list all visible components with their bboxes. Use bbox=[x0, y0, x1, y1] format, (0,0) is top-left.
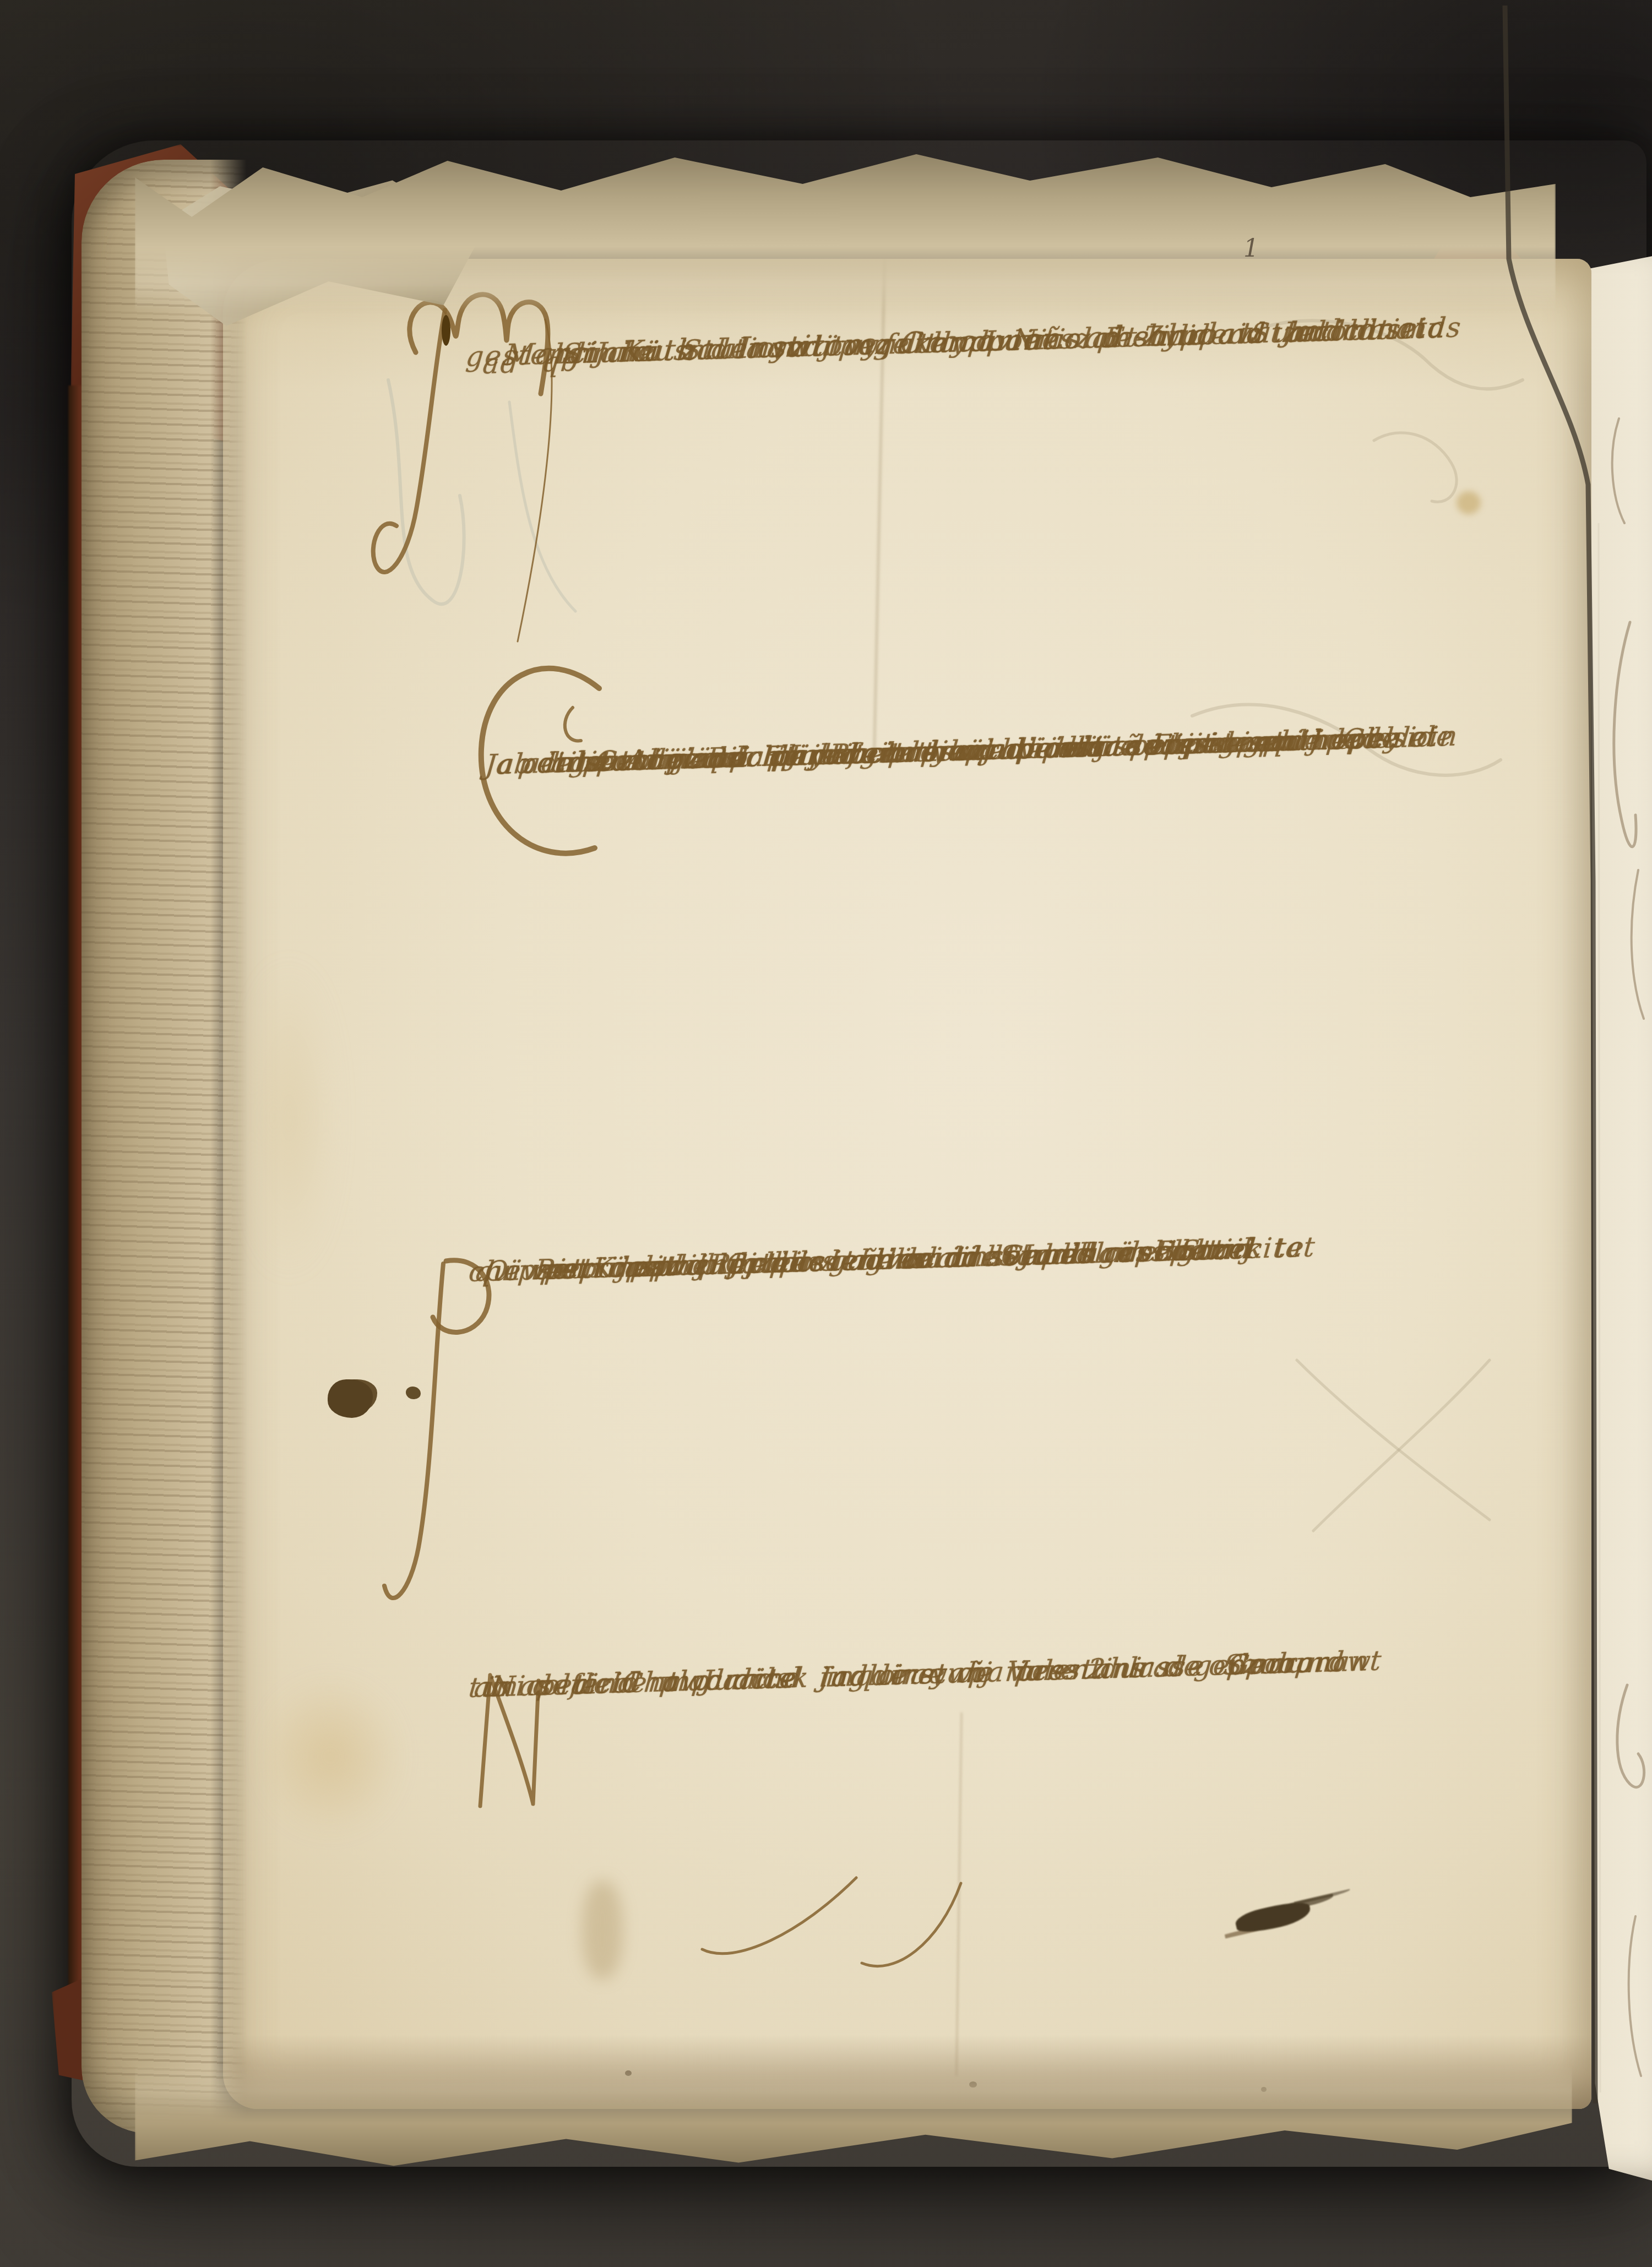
manuscript-photo: Marci Kutha Institore Cracovieñ ad hlud … bbox=[0, 0, 1652, 2267]
folio-number: 1 bbox=[1243, 235, 1259, 263]
gutter-seam bbox=[0, 0, 1652, 2267]
